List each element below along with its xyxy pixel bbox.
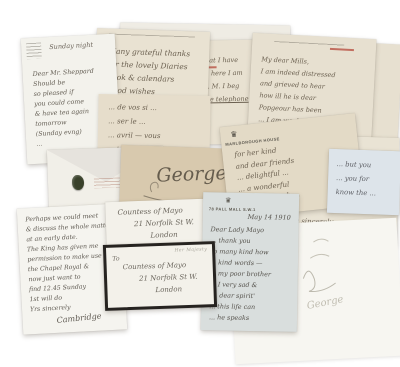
envelope-address: Countess of Mayo21 Norfolk St W.London bbox=[122, 259, 198, 298]
handwritten-line: know the ... bbox=[335, 185, 376, 200]
letters-photograph: that I have... here I amit. M. I begthe … bbox=[0, 0, 400, 367]
letter-body: Dear Lady Mayo... thank youso many kind … bbox=[209, 224, 272, 324]
handwritten-line: ... but you bbox=[336, 157, 377, 172]
handwritten-line: ... de vos si ... bbox=[108, 100, 161, 115]
handwritten-line: ... avril — vous bbox=[108, 128, 161, 143]
letter-blue-fragment: ... but you... you forknow the ... bbox=[327, 149, 400, 215]
handwritten-line: ... you for bbox=[336, 171, 377, 186]
printed-letterhead-line bbox=[109, 33, 195, 38]
letterhead-text: 78 PALL MALL S.W.1 bbox=[209, 206, 256, 212]
printed-address-block bbox=[26, 42, 42, 59]
red-letterhead-print bbox=[330, 48, 354, 51]
crown-icon: ♛ bbox=[225, 198, 231, 205]
letter-date: May 14 1910 bbox=[248, 213, 291, 222]
letter-body: Many grateful thanksfor the lovely Diari… bbox=[107, 44, 191, 99]
printed-note-block bbox=[94, 178, 120, 189]
handwritten-line: ... he speaks bbox=[209, 312, 270, 324]
handwritten-line: 21 Norfolk St W. bbox=[139, 271, 198, 285]
letter-heading: Sunday night bbox=[49, 41, 93, 51]
letter-body: Dear Mr. SheppardShould beso pleased ify… bbox=[32, 67, 97, 150]
crown-icon: ♛ bbox=[230, 131, 238, 140]
handwritten-line: London bbox=[150, 228, 194, 242]
envelope-to: To bbox=[112, 255, 119, 262]
corner-note: Her Majesty bbox=[174, 247, 207, 253]
handwritten-line: London bbox=[155, 283, 198, 296]
handwritten-line: ... ser le ... bbox=[108, 114, 161, 129]
handwritten-line: ... here I am bbox=[203, 67, 249, 81]
envelope-address: Countess of Mayo21 Norfolk St W.London bbox=[117, 204, 194, 243]
wax-seal-icon bbox=[72, 175, 85, 190]
letter-body: ... but you... you forknow the ... bbox=[335, 157, 377, 200]
mourning-envelope: Her Majesty To Countess of Mayo21 Norfol… bbox=[103, 241, 217, 311]
handwritten-line: 21 Norfolk St W. bbox=[134, 216, 194, 230]
faint-signature: George bbox=[306, 294, 344, 312]
printed-letterhead-line bbox=[274, 41, 344, 47]
handwritten-line: it. M. I beg bbox=[203, 80, 249, 94]
